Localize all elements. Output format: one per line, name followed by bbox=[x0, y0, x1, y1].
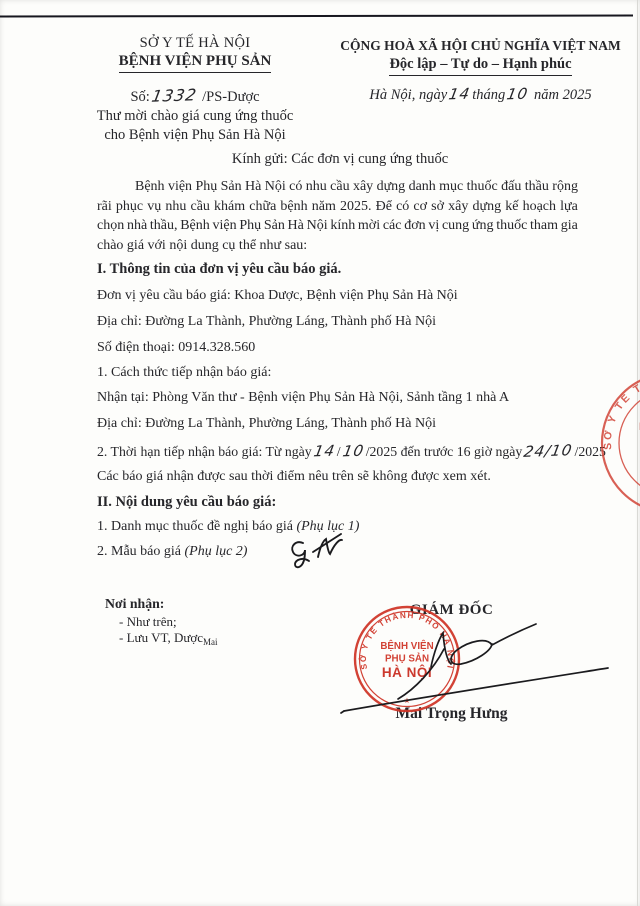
seal-center-line2: PHỤ SẢN bbox=[385, 653, 429, 665]
deadline-from-day-handwritten: 14 bbox=[310, 442, 338, 461]
issuer-hospital-label: BỆNH VIỆN PHỤ SẢN bbox=[119, 53, 272, 73]
date-month-handwritten: 10 bbox=[504, 85, 532, 104]
section1-heading: I. Thông tin của đơn vị yêu cầu báo giá. bbox=[97, 261, 341, 278]
partial-seal-ring-text: SỞ Y TẾ THÀNH PHỐ HÀ NỘI bbox=[601, 373, 640, 451]
national-motto-line2: Độc lập – Tự do – Hạnh phúc bbox=[389, 56, 571, 76]
section1-method-heading: 1. Cách thức tiếp nhận báo giá: bbox=[97, 365, 271, 381]
place-date-line: Hà Nội, ngày14tháng10 năm 2025 bbox=[333, 85, 628, 104]
section1-receive-address: Địa chỉ: Đường La Thành, Phường Láng, Th… bbox=[97, 416, 436, 432]
recipients-block: Nơi nhận: - Như trên; - Lưu VT, DượcMai bbox=[105, 596, 218, 647]
issuer-hospital: BỆNH VIỆN PHỤ SẢN bbox=[70, 53, 320, 73]
section2-item1-ref: (Phụ lục 1) bbox=[296, 519, 359, 534]
hospital-seal: SỞ Y TẾ THÀNH PHỐ HÀ NỘI ★ BỆNH VIỆN PHỤ… bbox=[352, 604, 462, 714]
document-title-line1: Thư mời chào giá cung ứng thuốc bbox=[70, 108, 320, 125]
document-number-label: Số: bbox=[130, 89, 149, 105]
deadline-from-month-handwritten: 10 bbox=[339, 442, 367, 461]
date-day-handwritten: 14 bbox=[445, 85, 473, 104]
document-number-handwritten: 1332 bbox=[148, 85, 200, 106]
national-motto-line2-wrap: Độc lập – Tự do – Hạnh phúc bbox=[333, 56, 628, 76]
recipient-item-2-text: - Lưu VT, Dược bbox=[119, 630, 203, 645]
recipients-label: Nơi nhận: bbox=[105, 596, 218, 612]
section2-item2-ref: (Phụ lục 2) bbox=[184, 544, 247, 559]
header-issuer-block: SỞ Y TẾ HÀ NỘI BỆNH VIỆN PHỤ SẢN Số:1332… bbox=[70, 35, 320, 144]
date-year: năm 2025 bbox=[534, 87, 592, 103]
recipient-item-1: - Như trên; bbox=[119, 614, 218, 630]
scan-artifact-line bbox=[0, 15, 633, 18]
issuer-agency: SỞ Y TẾ HÀ NỘI bbox=[70, 35, 320, 52]
section1-receive-at: Nhận tại: Phòng Văn thư - Bệnh viện Phụ … bbox=[97, 390, 509, 406]
recipient-item-2-subscript: Mai bbox=[203, 637, 218, 647]
intro-paragraph-line1: BệnhviệnPhụSảnHàNộicónhucầuxâydựngdanhmụ… bbox=[97, 179, 578, 195]
intro-paragraph-line2: rãiphụcvụnhucầukhámchữabệnhnăm2025.Đểcóc… bbox=[97, 199, 578, 215]
seal-star-icon: ★ bbox=[404, 696, 411, 705]
header-national-block: CỘNG HOÀ XÃ HỘI CHỦ NGHĨA VIỆT NAM Độc l… bbox=[333, 38, 628, 104]
section1-deadline-line: 2. Thời hạn tiếp nhận báo giá: Từ ngày14… bbox=[97, 442, 606, 460]
handwritten-initials bbox=[292, 534, 342, 567]
document-number-suffix: /PS-Dược bbox=[202, 89, 259, 105]
deadline-to-handwritten: 24/10 bbox=[520, 441, 576, 461]
section2-heading: II. Nội dung yêu cầu báo giá: bbox=[97, 494, 276, 511]
intro-paragraph-line4: chào giá với nội dung cụ thể như sau: bbox=[97, 238, 307, 254]
scanned-letter-page: SỞ Y TẾ HÀ NỘI BỆNH VIỆN PHỤ SẢN Số:1332… bbox=[0, 0, 640, 906]
section2-item2-text: 2. Mẫu báo giá bbox=[97, 544, 181, 559]
deadline-prefix: 2. Thời hạn tiếp nhận báo giá: Từ ngày bbox=[97, 444, 312, 459]
recipient-item-2: - Lưu VT, DượcMai bbox=[119, 630, 218, 647]
deadline-mid: /2025 đến trước 16 giờ ngày bbox=[366, 444, 523, 459]
section2-item1-text: 1. Danh mục thuốc đề nghị báo giá bbox=[97, 519, 293, 534]
section1-requester: Đơn vị yêu cầu báo giá: Khoa Dược, Bệnh … bbox=[97, 288, 458, 304]
seal-center-line3: HÀ NỘI bbox=[382, 665, 432, 680]
date-month-label: tháng bbox=[472, 87, 505, 103]
section1-phone: Số điện thoại: 0914.328.560 bbox=[97, 340, 255, 356]
section1-note: Các báo giá nhận được sau thời điểm nêu … bbox=[97, 469, 491, 485]
intro-paragraph-line3: chọnnhàthầu,BệnhviệnPhụSảnHàNộikínhmờicá… bbox=[97, 218, 578, 234]
document-title-line2: cho Bệnh viện Phụ Sản Hà Nội bbox=[70, 127, 320, 144]
section2-item1: 1. Danh mục thuốc đề nghị báo giá (Phụ l… bbox=[97, 519, 359, 535]
seal-center-line1: BỆNH VIỆN bbox=[380, 640, 433, 652]
salutation-line: Kính gửi: Các đơn vị cung ứng thuốc bbox=[97, 151, 583, 168]
national-motto-line1: CỘNG HOÀ XÃ HỘI CHỦ NGHĨA VIỆT NAM bbox=[333, 38, 628, 54]
place-date-prefix: Hà Nội, ngày bbox=[369, 87, 447, 103]
document-number-line: Số:1332 /PS-Dược bbox=[70, 86, 320, 106]
section1-address: Địa chỉ: Đường La Thành, Phường Láng, Th… bbox=[97, 314, 436, 330]
partial-seal-right-edge: SỞ Y TẾ THÀNH PHỐ HÀ NỘI BỆNH VIỆN bbox=[597, 368, 640, 518]
section2-item2: 2. Mẫu báo giá (Phụ lục 2) bbox=[97, 544, 247, 560]
